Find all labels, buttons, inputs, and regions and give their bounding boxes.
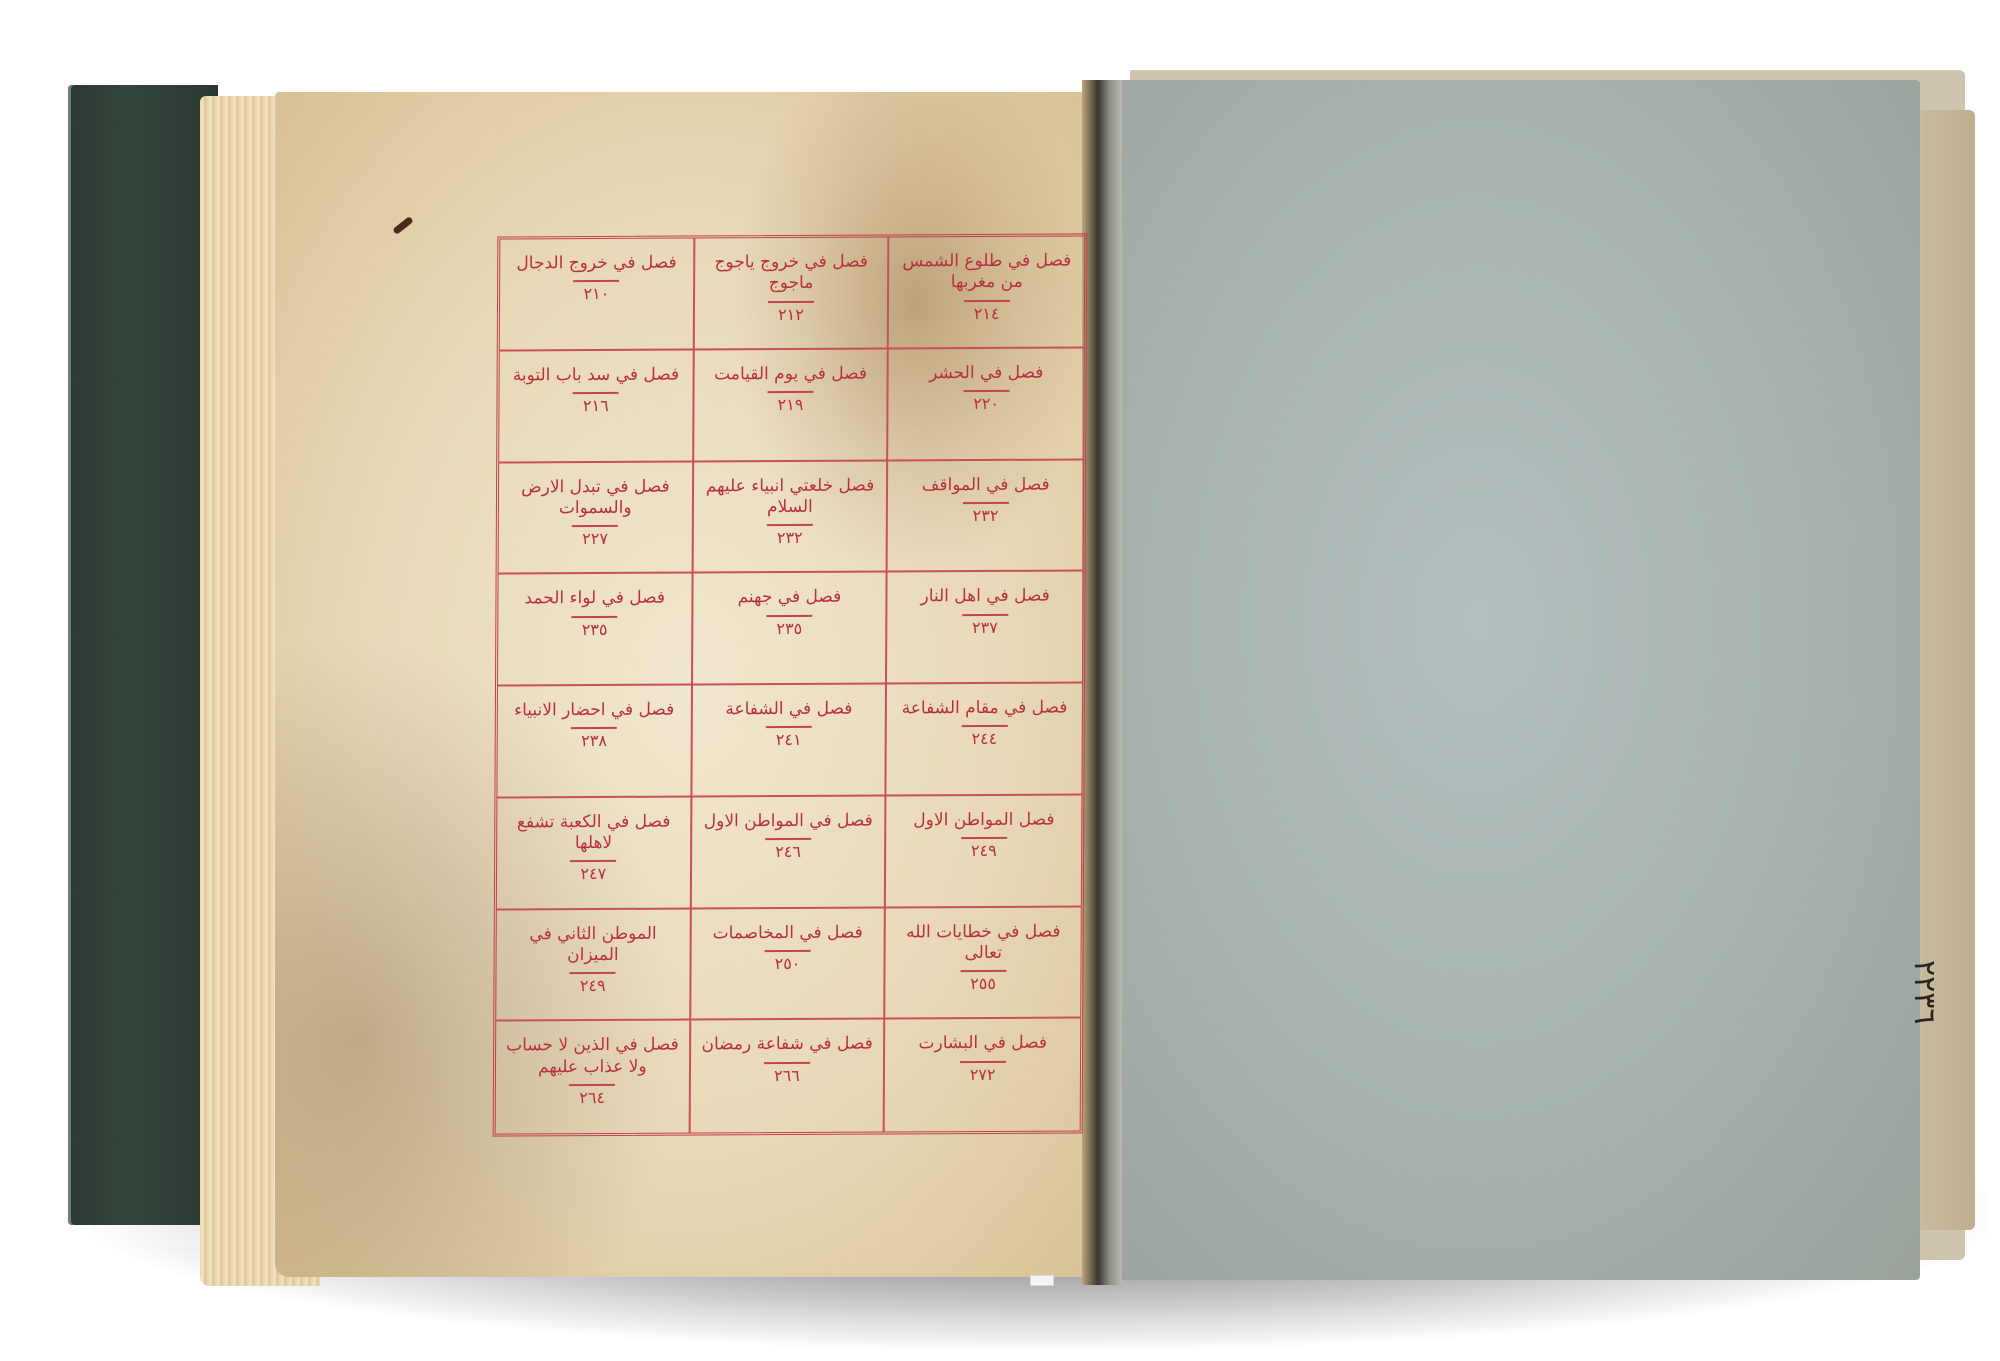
toc-entry-page: ٢٣٨	[571, 727, 617, 750]
blank-endpaper	[1115, 80, 1920, 1280]
toc-entry-title: الموطن الثاني في الميزان	[504, 923, 681, 966]
toc-entry-title: فصل في جهنم	[738, 587, 842, 609]
toc-entry-page: ٢١٠	[573, 280, 619, 303]
toc-entry-title: فصل في يوم القيامت	[714, 363, 867, 385]
toc-entry-page: ٢٥٥	[960, 970, 1006, 993]
toc-entry-page: ٢٤٤	[961, 725, 1007, 748]
toc-entry: فصل في الشفاعة٢٤١	[692, 684, 887, 797]
toc-entry-title: فصل في سد باب التوبة	[513, 364, 680, 386]
toc-entry: فصل في طلوع الشمس من مغربها٢١٤	[889, 236, 1084, 349]
toc-entry: فصل في اهل النار٢٣٧	[887, 572, 1082, 685]
toc-entry-page: ٢٤٩	[961, 837, 1007, 860]
toc-entry-title: فصل في شفاعة رمضان	[701, 1034, 872, 1056]
book-gutter	[1082, 80, 1122, 1285]
toc-entry-page: ٢١٢	[768, 300, 814, 323]
toc-entry-page: ٢١٩	[767, 391, 813, 414]
toc-entry-page: ٢٣٥	[766, 614, 812, 637]
table-of-contents: فصل في خروج الدجال٢١٠ فصل في خروج ياجوج …	[493, 233, 1088, 1136]
toc-entry-title: فصل في المخاصمات	[713, 922, 863, 944]
toc-entry-page: ٢٦٦	[764, 1061, 810, 1084]
toc-entry-page: ٢٥٠	[764, 950, 810, 973]
toc-entry: فصل في تبدل الارض والسموات٢٢٧	[499, 462, 694, 575]
toc-entry-title: فصل في المواطن الاول	[704, 810, 873, 832]
toc-entry-title: فصل في الحشر	[929, 362, 1043, 384]
toc-entry: فصل في البشارت٢٧٢	[885, 1019, 1080, 1132]
toc-entry-page: ٢٣٥	[572, 615, 618, 638]
green-cloth-cover	[68, 85, 218, 1225]
toc-entry: فصل في الذين لا حساب ولا عذاب عليهم٢٦٤	[496, 1021, 691, 1134]
toc-entry-page: ٢٧٢	[960, 1060, 1006, 1083]
toc-entry-title: فصل في المواقف	[922, 474, 1050, 496]
toc-entry-page: ٢٢٧	[572, 525, 618, 548]
toc-entry-title: فصل في خطايات الله تعالى	[894, 921, 1073, 964]
toc-entry-title: فصل في خروج ياجوج ماجوج	[702, 252, 879, 295]
toc-entry-title: فصل في خروج الدجال	[516, 253, 676, 275]
toc-entry: فصل في المواقف٢٣٢	[888, 460, 1083, 573]
toc-entry: فصل في المخاصمات٢٥٠	[691, 908, 886, 1021]
toc-entry-page: ٢٤٧	[570, 860, 616, 883]
toc-entry: فصل في يوم القيامت٢١٩	[694, 349, 889, 462]
toc-entry: فصل في الكعبة تشفع لاهلها٢٤٧	[497, 797, 692, 910]
toc-entry: فصل في احضار الانبياء٢٣٨	[497, 686, 692, 799]
toc-entry: فصل خلعتي انبياء عليهم السلام٢٣٢	[693, 461, 888, 574]
pencil-margin-note: ٢٢٣٦	[1902, 960, 1942, 1140]
toc-entry-page: ٢١٤	[964, 299, 1010, 322]
toc-entry-title: فصل في طلوع الشمس من مغربها	[897, 250, 1076, 293]
toc-entry: فصل في خروج ياجوج ماجوج٢١٢	[694, 237, 889, 350]
toc-entry-page: ٢٣٢	[963, 502, 1009, 525]
toc-entry: فصل في مقام الشفاعة٢٤٤	[887, 683, 1082, 796]
toc-entry: فصل في سد باب التوبة٢١٦	[499, 350, 694, 463]
toc-entry-page: ٢٣٧	[962, 613, 1008, 636]
toc-entry-page: ٢٤٦	[765, 838, 811, 861]
toc-entry-page: ٢٣٢	[767, 524, 813, 547]
toc-entry: الموطن الثاني في الميزان٢٤٩	[496, 909, 691, 1022]
toc-entry: فصل في لواء الحمد٢٣٥	[498, 574, 693, 687]
toc-entry: فصل في خطايات الله تعالى٢٥٥	[886, 907, 1081, 1020]
toc-entry-title: فصل في الكعبة تشفع لاهلها	[505, 811, 682, 854]
toc-entry-title: فصل خلعتي انبياء عليهم السلام	[701, 475, 878, 518]
toc-entry-title: فصل في الشفاعة	[725, 699, 852, 721]
toc-entry-title: فصل في تبدل الارض والسموات	[507, 476, 684, 519]
toc-entry-page: ٢٢٠	[963, 390, 1009, 413]
toc-entry-title: فصل في البشارت	[918, 1033, 1047, 1055]
toc-entry-title: فصل في لواء الحمد	[524, 588, 665, 610]
toc-entry-page: ٢٤١	[766, 726, 812, 749]
toc-entry-title: فصل في احضار الانبياء	[514, 700, 674, 722]
toc-entry: فصل في الحشر٢٢٠	[888, 348, 1083, 461]
paper-tab	[1030, 1275, 1054, 1286]
toc-entry: فصل في المواطن الاول٢٤٦	[691, 796, 886, 909]
toc-entry-page: ٢٦٤	[569, 1084, 615, 1107]
toc-entry-title: فصل المواطن الاول	[913, 809, 1054, 831]
toc-entry-title: فصل في الذين لا حساب ولا عذاب عليهم	[504, 1035, 681, 1078]
toc-entry: فصل في شفاعة رمضان٢٦٦	[690, 1020, 885, 1133]
toc-entry-title: فصل في اهل النار	[920, 586, 1049, 608]
toc-entry: فصل في جهنم٢٣٥	[693, 573, 888, 686]
toc-entry-page: ٢٤٩	[570, 972, 616, 995]
toc-entry: فصل المواطن الاول٢٤٩	[886, 795, 1081, 908]
toc-grid: فصل في خروج الدجال٢١٠ فصل في خروج ياجوج …	[496, 236, 1085, 1133]
toc-entry: فصل في خروج الدجال٢١٠	[500, 238, 695, 351]
toc-entry-title: فصل في مقام الشفاعة	[902, 698, 1068, 720]
toc-entry-page: ٢١٦	[573, 392, 619, 415]
